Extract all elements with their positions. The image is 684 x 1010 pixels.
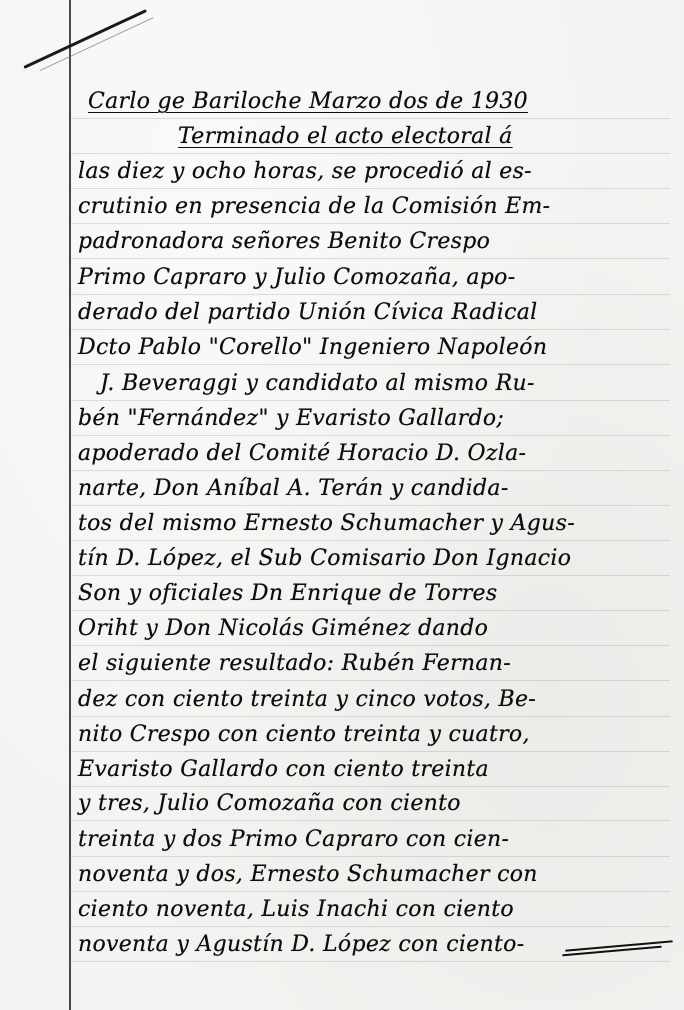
ruled-line <box>70 258 670 259</box>
text-line: noventa y dos, Ernesto Schumacher con <box>78 861 676 889</box>
text-line: crutinio en presencia de la Comisión Em- <box>78 193 676 221</box>
text-line: tos del mismo Ernesto Schumacher y Agus- <box>78 510 676 538</box>
ruled-line <box>70 961 670 962</box>
text-line: padronadora señores Benito Crespo <box>78 228 676 256</box>
ruled-line <box>70 470 670 471</box>
ruled-line <box>70 329 670 330</box>
text-line: Evaristo Gallardo con ciento treinta <box>78 756 676 784</box>
text-line: Terminado el acto electoral á <box>178 123 676 151</box>
ruled-line <box>70 153 670 154</box>
text-line: J. Beveraggi y candidato al mismo Ru- <box>100 370 676 398</box>
margin-slash-mark <box>23 9 147 69</box>
text-line: Oriht y Don Nicolás Giménez dando <box>78 615 676 643</box>
ruled-line <box>70 223 670 224</box>
ruled-line <box>70 926 670 927</box>
ruled-line <box>70 645 670 646</box>
ruled-line <box>70 505 670 506</box>
text-line: derado del partido Unión Cívica Radical <box>78 299 676 327</box>
text-line: las diez y ocho horas, se procedió al es… <box>78 158 676 186</box>
text-line: Son y oficiales Dn Enrique de Torres <box>78 580 676 608</box>
ruled-line <box>70 716 670 717</box>
margin-slash-mark-faint <box>40 17 154 71</box>
document-page: Carlo ge Bariloche Marzo dos de 1930 Ter… <box>0 0 684 1010</box>
ruled-line <box>70 891 670 892</box>
ruled-line <box>70 540 670 541</box>
text-line: y tres, Julio Comozaña con ciento <box>78 790 676 818</box>
text-line: narte, Don Aníbal A. Terán y candida- <box>78 475 676 503</box>
ruled-line <box>70 435 670 436</box>
text-line: dez con ciento treinta y cinco votos, Be… <box>78 686 676 714</box>
text-line: Dcto Pablo "Corello" Ingeniero Napoleón <box>78 334 676 362</box>
text-line: bén "Fernández" y Evaristo Gallardo; <box>78 405 676 433</box>
ruled-line <box>70 856 670 857</box>
ruled-line <box>70 575 670 576</box>
ruled-line <box>70 118 670 119</box>
date-heading: Carlo ge Bariloche Marzo dos de 1930 <box>88 88 676 116</box>
ruled-line <box>70 820 670 821</box>
text-line: Primo Capraro y Julio Comozaña, apo- <box>78 264 676 292</box>
ruled-line <box>70 364 670 365</box>
text-line: nito Crespo con ciento treinta y cuatro, <box>78 721 676 749</box>
ruled-line <box>70 680 670 681</box>
text-line: tín D. López, el Sub Comisario Don Ignac… <box>78 545 676 573</box>
text-line: ciento noventa, Luis Inachi con ciento <box>78 896 676 924</box>
text-line: apoderado del Comité Horacio D. Ozla- <box>78 440 676 468</box>
text-line: el siguiente resultado: Rubén Fernan- <box>78 650 676 678</box>
ruled-line <box>70 188 670 189</box>
ruled-line <box>70 610 670 611</box>
ruled-line <box>70 294 670 295</box>
ruled-line <box>70 786 670 787</box>
text-line: treinta y dos Primo Capraro con cien- <box>78 826 676 854</box>
ruled-line <box>70 751 670 752</box>
ruled-line <box>70 400 670 401</box>
text-line: noventa y Agustín D. López con ciento- <box>78 931 676 959</box>
